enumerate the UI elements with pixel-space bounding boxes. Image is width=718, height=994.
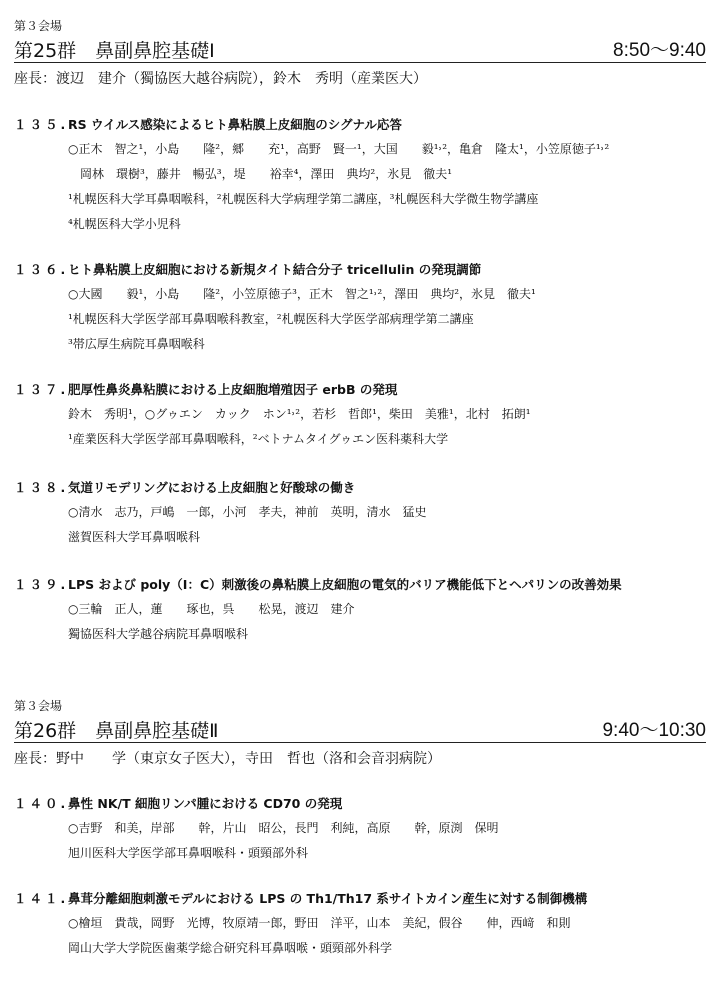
group-heading: 第25群 鼻副鼻腔基礎Ⅰ 8:50〜9:40 xyxy=(14,38,706,63)
abstract-136: １３６.ヒト鼻粘膜上皮細胞における新規タイト結合分子 tricellulin の… xyxy=(14,262,714,352)
abstract-141: １４１.鼻茸分離細胞刺激モデルにおける LPS の Th1/Th17 系サイトカ… xyxy=(14,891,714,956)
abstract-135: １３５.RS ウイルス感染によるヒト鼻粘膜上皮細胞のシグナル応答 ○正木 智之¹… xyxy=(14,117,714,232)
abstract-heading: １３８.気道リモデリングにおける上皮細胞と好酸球の働き xyxy=(14,480,714,496)
abstract-title: RS ウイルス感染によるヒト鼻粘膜上皮細胞のシグナル応答 xyxy=(68,117,402,132)
session-time: 9:40〜10:30 xyxy=(602,720,706,742)
session-time: 8:50〜9:40 xyxy=(613,40,706,62)
abstract-heading: １４０.鼻性 NK/T 細胞リンパ腫における CD70 の発現 xyxy=(14,796,714,812)
abstract-title: 気道リモデリングにおける上皮細胞と好酸球の働き xyxy=(68,480,355,495)
abstract-heading: １３９.LPS および poly（I：C）刺激後の鼻粘膜上皮細胞の電気的バリア機… xyxy=(14,577,714,593)
abstract-heading: １３６.ヒト鼻粘膜上皮細胞における新規タイト結合分子 tricellulin の… xyxy=(14,262,714,278)
abstract-number: １３６. xyxy=(14,262,68,278)
authors: ○正木 智之¹，小島 隆²，郷 充¹，高野 賢一¹，大国 毅¹˒²，亀倉 隆太¹… xyxy=(68,141,714,157)
abstract-number: １３８. xyxy=(14,480,68,496)
abstract-heading: １３５.RS ウイルス感染によるヒト鼻粘膜上皮細胞のシグナル応答 xyxy=(14,117,714,133)
authors-cont: 岡林 環樹³，藤井 暢弘³，堤 裕幸⁴，澤田 典均²，氷見 徹夫¹ xyxy=(68,166,714,182)
authors: ○吉野 和美，岸部 幹，片山 昭公，長門 利純，高原 幹，原渕 保明 xyxy=(68,820,714,836)
abstract-140: １４０.鼻性 NK/T 細胞リンパ腫における CD70 の発現 ○吉野 和美，岸… xyxy=(14,796,714,861)
abstract-title: 鼻性 NK/T 細胞リンパ腫における CD70 の発現 xyxy=(68,796,342,811)
abstract-title: LPS および poly（I：C）刺激後の鼻粘膜上皮細胞の電気的バリア機能低下と… xyxy=(68,577,622,592)
affiliations: 滋賀医科大学耳鼻咽喉科 xyxy=(68,529,714,545)
chairpersons: 座長：野中 学（東京女子医大），寺田 哲也（洛和会音羽病院） xyxy=(14,749,706,769)
abstract-138: １３８.気道リモデリングにおける上皮細胞と好酸球の働き ○清水 志乃，戸嶋 一郎… xyxy=(14,480,714,545)
affiliations: ¹札幌医科大学耳鼻咽喉科，²札幌医科大学病理学第二講座，³札幌医科大学微生物学講… xyxy=(68,191,714,207)
session-header-26: 第３会場 第26群 鼻副鼻腔基礎Ⅱ 9:40〜10:30 座長：野中 学（東京女… xyxy=(14,698,706,769)
affiliations: 旭川医科大学医学部耳鼻咽喉科・頭頸部外科 xyxy=(68,845,714,861)
affiliations-cont: ³帯広厚生病院耳鼻咽喉科 xyxy=(68,336,714,352)
affiliations: 岡山大学大学院医歯薬学総合研究科耳鼻咽喉・頭頸部外科学 xyxy=(68,940,714,956)
affiliations: ¹産業医科大学医学部耳鼻咽喉科，²ベトナムタイグゥエン医科薬科大学 xyxy=(68,431,714,447)
authors: ○清水 志乃，戸嶋 一郎，小河 孝夫，神前 英明，清水 猛史 xyxy=(68,504,714,520)
authors: ○檜垣 貴哉，岡野 光博，牧原靖一郎，野田 洋平，山本 美紀，假谷 伸，西﨑 和… xyxy=(68,915,714,931)
venue-label: 第３会場 xyxy=(14,18,706,34)
abstract-title: 肥厚性鼻炎鼻粘膜における上皮細胞増殖因子 erbB の発現 xyxy=(68,382,397,397)
authors: 鈴木 秀明¹，○グゥエン カック ホン¹˒²，若杉 哲郎¹，柴田 美雅¹，北村 … xyxy=(68,406,714,422)
abstract-number: １３７. xyxy=(14,382,68,398)
group-title: 第25群 鼻副鼻腔基礎Ⅰ xyxy=(14,40,215,62)
abstract-number: １４１. xyxy=(14,891,68,907)
abstract-heading: １３７.肥厚性鼻炎鼻粘膜における上皮細胞増殖因子 erbB の発現 xyxy=(14,382,714,398)
abstract-heading: １４１.鼻茸分離細胞刺激モデルにおける LPS の Th1/Th17 系サイトカ… xyxy=(14,891,714,907)
abstract-number: １３５. xyxy=(14,117,68,133)
group-heading: 第26群 鼻副鼻腔基礎Ⅱ 9:40〜10:30 xyxy=(14,718,706,743)
abstract-number: １３９. xyxy=(14,577,68,593)
abstract-number: １４０. xyxy=(14,796,68,812)
authors: ○大國 毅¹，小島 隆²，小笠原徳子³，正木 智之¹˒²，澤田 典均²，氷見 徹… xyxy=(68,286,714,302)
chairpersons: 座長：渡辺 建介（獨協医大越谷病院），鈴木 秀明（産業医大） xyxy=(14,69,706,89)
session-header-25: 第３会場 第25群 鼻副鼻腔基礎Ⅰ 8:50〜9:40 座長：渡辺 建介（獨協医… xyxy=(14,18,706,89)
abstract-139: １３９.LPS および poly（I：C）刺激後の鼻粘膜上皮細胞の電気的バリア機… xyxy=(14,577,714,642)
abstract-title: 鼻茸分離細胞刺激モデルにおける LPS の Th1/Th17 系サイトカイン産生… xyxy=(68,891,587,906)
affiliations: ¹札幌医科大学医学部耳鼻咽喉科教室，²札幌医科大学医学部病理学第二講座 xyxy=(68,311,714,327)
group-title: 第26群 鼻副鼻腔基礎Ⅱ xyxy=(14,720,219,742)
authors: ○三輪 正人，蓮 琢也，呉 松晃，渡辺 建介 xyxy=(68,601,714,617)
abstract-137: １３７.肥厚性鼻炎鼻粘膜における上皮細胞増殖因子 erbB の発現 鈴木 秀明¹… xyxy=(14,382,714,447)
abstract-title: ヒト鼻粘膜上皮細胞における新規タイト結合分子 tricellulin の発現調節 xyxy=(68,262,481,277)
affiliations-cont: ⁴札幌医科大学小児科 xyxy=(68,216,714,232)
affiliations: 獨協医科大学越谷病院耳鼻咽喉科 xyxy=(68,626,714,642)
venue-label: 第３会場 xyxy=(14,698,706,714)
